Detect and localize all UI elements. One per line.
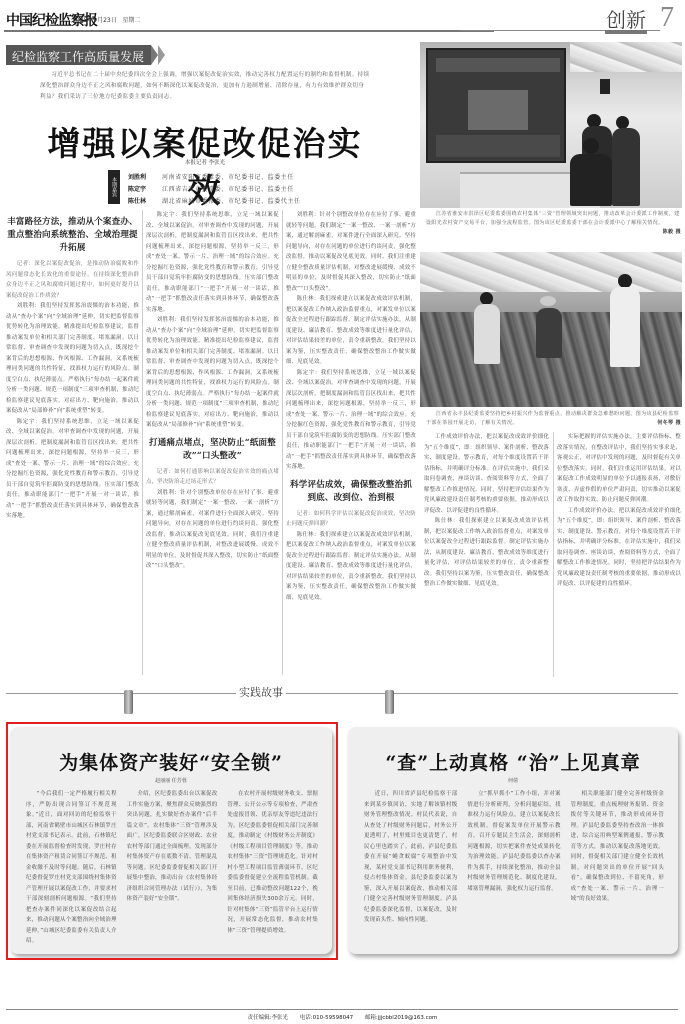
footer-phone: 电话:010-59598047 [300,1015,353,1021]
story-column: 立“抓早抓小”工作小组，并对案情进行分析研判，分析问题症结，找准权力运行风险点，… [467,789,560,944]
story-body: “今后我们一定严格履行相关程序，严防出现合同签订不规范现象。”近日，面对回访的纪… [26,789,318,944]
guest-item: 陈仕林 湖北省麻城市委常委、市纪委书记、监委代主任 [128,194,388,206]
article-column-3: 刘胜利：针对个别整改单位存在应付了事、避重就轻等问题，我们制定“一案一整改、一案… [286,210,416,675]
paper-clip-icon [385,690,394,714]
story-card: 为集体资产装好“安全锁” 赵丽丽 任芳蓉 “今后我们一定严格履行相关程序，严防出… [10,727,332,954]
story-column: 在农村开展村级财务收支、票据管理、公开公示等专项检查，严肃查处虚报冒领、优亲厚友… [227,789,318,944]
reporter-question: 记者：深化以案促改促治，是推动防治腐败和作风问题常态化长效化的重要途径。在持续深… [6,259,139,301]
photo-credit: 陈毅 摄 [653,228,681,237]
article-paragraph: 陈定宇：我们坚持系统思维，立足一域以案促改、全域以案促治。对审查调查中发现的问题… [146,210,279,315]
article-paragraph: 刘胜利：针对个别整改单位存在应付了事、避重就轻等问题，我们制定“一案一整改、一案… [146,488,279,572]
section-name: 创新 [606,4,646,33]
guest-name: 刘胜利 [128,172,162,181]
story-author: 赵丽丽 任芳蓉 [10,777,332,784]
subheading: 打通痛点堵点，坚决防止“纸面整改”“口头整改” [146,437,279,463]
story-column: 近日，四川省泸县纪检监察干部来到某乡镇回访，实地了解该镇村级财务管理整改情况。村… [364,789,457,944]
section-divider [6,693,678,694]
guest-name: 陈仕林 [128,196,162,205]
guest-label: 本期嘉宾 [108,170,120,204]
speaker [600,79,610,94]
story-column: “今后我们一定严格履行相关程序，严防出现合同签订不规范现象。”近日，面对回访的纪… [26,789,117,944]
issue-date: 2025年9月23日 [72,17,117,24]
footer: 责任编辑:李张光 电话:010-59598047 邮箱:jjjcbbl2019@… [0,1013,685,1021]
story-title: 为集体资产装好“安全锁” [10,748,332,775]
story-author: 何倩 [348,777,678,784]
reporter-question: 记者：如何打通影响以案促改促治实效的痛点堵点，坚决防治走过场走形式？ [146,467,279,488]
guest-title: 湖北省麻城市委常委、市纪委书记、监委代主任 [162,196,301,205]
subheading: 科学评估成效，确保整改整治抓到底、改到位、治到根 [286,479,416,505]
story-title: “查”上动真格 “治”上见真章 [348,748,678,775]
column-divider [553,432,554,677]
subheading: 丰富路径方法，推动从个案查办、重点整治向系统整治、全域治理提升拓展 [6,216,139,255]
story-card: “查”上动真格 “治”上见真章 何倩 近日，四川省泸县纪检监察干部来到某乡镇回访… [348,727,678,954]
section-underline [605,30,647,34]
article-intro: 习近平总书记在二十届中央纪委四次全会上强调，增强以案促改促治实效，推动完善权力配… [40,70,370,103]
masthead: 中国纪检监察报 2025年9月23日 星期二 创新 7 [0,0,685,34]
story-body: 近日，四川省泸县纪检监察干部来到某乡镇回访，实地了解该镇村级财务管理整改情况。村… [364,789,664,944]
article-paragraph: 陈定宇：我们坚持系统思维，立足一域以案促改、全域以案促治。对审查调查中发现的问题… [286,368,416,473]
photo-credit: 何冬琴 摄 [647,419,681,428]
article-paragraph: 陈定宇：我们坚持系统思维，立足一域以案促改、全域以案促治。对审查调查中发现的问题… [6,417,139,522]
ceiling [570,42,682,72]
guest-name: 陈定宇 [128,184,162,193]
guest-title: 河南省安阳市委常委、市纪委书记、监委主任 [162,172,294,181]
article-paragraph: 陈仕林：我们探索建立以案促改成效评估机制，把以案促改工作纳入政治监督重点，对案发… [424,516,549,590]
article-paragraph: 工作成效评价办法，把以案促改成效评价细化为“五个维度”，即：组织领导、案件剖析、… [424,432,549,516]
reporter-question: 记者：如何科学评估以案促改促治成效，坚决防止问题反弹回潮？ [286,509,416,530]
guest-item: 刘胜利 河南省安阳市委常委、市纪委书记、监委主任 [128,170,388,182]
section-label: 实践故事 [236,684,286,700]
article-paragraph: 刘胜利：我们坚持发挥惩治震慑的治本功能，推动从“查办个案”向“全域治理”延伸，切… [146,315,279,431]
story-column: 介绍，区纪委监委出台以案促改工作实施方案，聚焦群众反映强烈的突出问题，扎实做好查… [127,789,218,944]
article-paragraph: 实际把握的评估实施办法，主要评估指标、整改落实情况，在整改评估中，我们坚持实事求… [557,432,681,506]
article-paragraph: 工作成效评价办法，把以案促改成效评价细化为“五个维度”，即：组织领导、案件剖析、… [557,506,681,590]
monitor-wall [426,48,566,163]
article-column-2: 陈定宇：我们坚持系统思维，立足一域以案促改、全域以案促治。对审查调查中发现的问题… [146,210,279,675]
article-paragraph: 刘胜利：我们坚持发挥惩治震慑的治本功能，推动从“查办个案”向“全域治理”延伸，切… [6,301,139,417]
article-paragraph: 陈仕林：我们探索建立以案促改成效评估机制，把以案促改工作纳入政治监督重点，对案发… [286,294,416,368]
footer-rule [6,1009,678,1010]
story-column: 相关职能部门健全完善村级资金管理制度，重点梳理财务报销、资金拨付等关键环节，推动… [571,789,664,944]
photo-caption: 江西省永丰县纪委监委坚持把乡村振兴作为监督重点，推动解决群众急难愁盼问题。图为该… [426,410,681,428]
masthead-rule [4,30,494,32]
guest-list: 刘胜利 河南省安阳市委常委、市纪委书记、监委主任 陈定宇 江西省吉安市委常委、市… [128,170,388,206]
paper-clip-icon [124,690,133,714]
photo-tea-garden [420,252,682,407]
greenhouse-roof [420,252,682,292]
column-banner: 纪检监察工作高质量发展·践悟 [6,45,151,65]
guest-item: 陈定宇 江西省吉安市委常委、市纪委书记、监委主任 [128,182,388,194]
page-number: 7 [660,2,674,34]
column-divider [282,210,283,675]
article-column-4: 工作成效评价办法，把以案促改成效评价细化为“五个维度”，即：组织领导、案件剖析、… [424,432,549,677]
guest-title: 江西省吉安市委常委、市纪委书记、监委主任 [162,184,294,193]
article-column-1: 丰富路径方法，推动从个案查办、重点整治向系统整治、全域治理提升拓展 记者：深化以… [6,210,139,675]
article-byline: 本报记者 李张光 [40,158,370,166]
article-column-5: 实际把握的评估实施办法，主要评估指标、整改落实情况，在整改评估中，我们坚持实事求… [557,432,681,677]
footer-email[interactable]: 邮箱:jjjcbbl2019@163.com [365,1015,437,1021]
photo-caption: 江苏省淮安市洪泽区纪委监委围绕农村集体“三资”管理领域突出问题，推动改革会计委派… [426,210,681,237]
article-paragraph: 陈仕林：我们探索建立以案促改成效评估机制，把以案促改工作纳入政治监督重点，对案发… [286,530,416,604]
article-paragraph: 刘胜利：针对个别整改单位存在应付了事、避重就轻等问题，我们制定“一案一整改、一案… [286,210,416,294]
dateline: 2025年9月23日 星期二 [72,15,140,24]
issue-weekday: 星期二 [122,17,140,24]
footer-editor: 责任编辑:李张光 [248,1015,288,1021]
chevron-right-icon [151,45,171,65]
column-divider [142,210,143,675]
photo-monitoring-center [420,42,682,208]
